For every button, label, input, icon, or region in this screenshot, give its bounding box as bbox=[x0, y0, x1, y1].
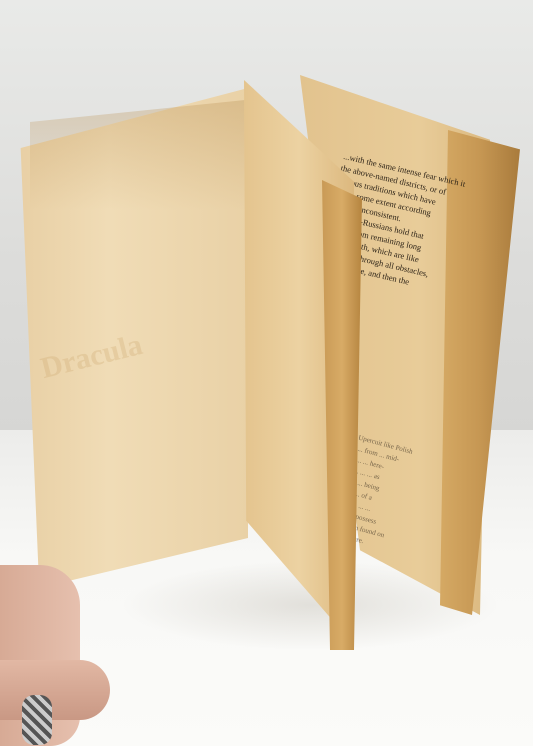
finger bbox=[0, 660, 110, 720]
ring bbox=[22, 695, 52, 745]
